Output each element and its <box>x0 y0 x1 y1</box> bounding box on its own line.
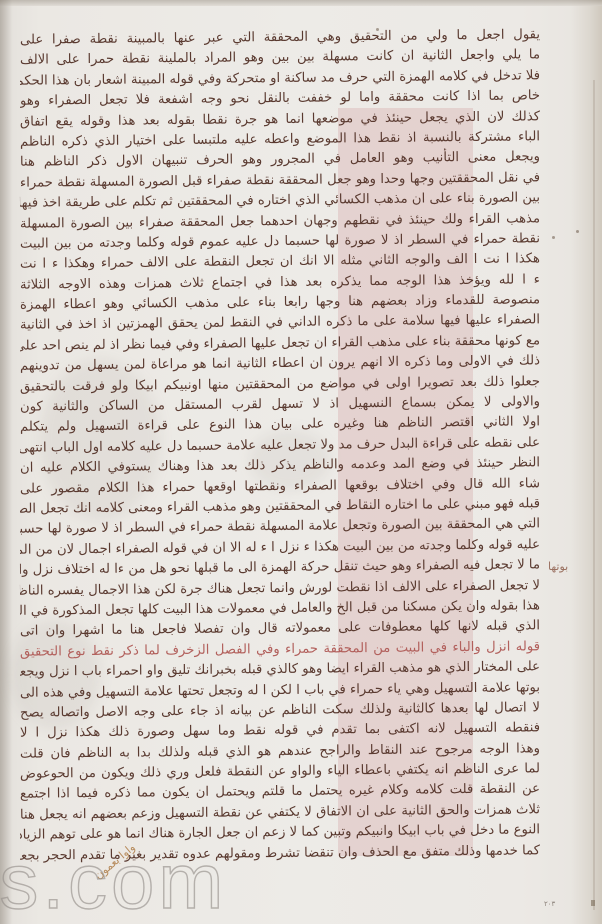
right-margin-rule <box>593 80 595 910</box>
ink-speck <box>576 230 579 233</box>
ink-speck <box>376 28 379 31</box>
manuscript-page: يقول اجعل ما ولي من التحقيق وهي المحققة … <box>0 0 602 924</box>
binding-shadow <box>0 0 12 924</box>
margin-note: بوتها <box>548 560 568 573</box>
watermark: ls.com <box>0 842 227 920</box>
page-top-edge <box>0 0 602 6</box>
page-number: ٢٠٣ <box>544 900 555 908</box>
manuscript-text: يقول اجعل ما ولي من التحقيق وهي المحققة … <box>20 28 540 864</box>
ink-speck <box>552 236 555 239</box>
corner-mark <box>591 900 595 906</box>
